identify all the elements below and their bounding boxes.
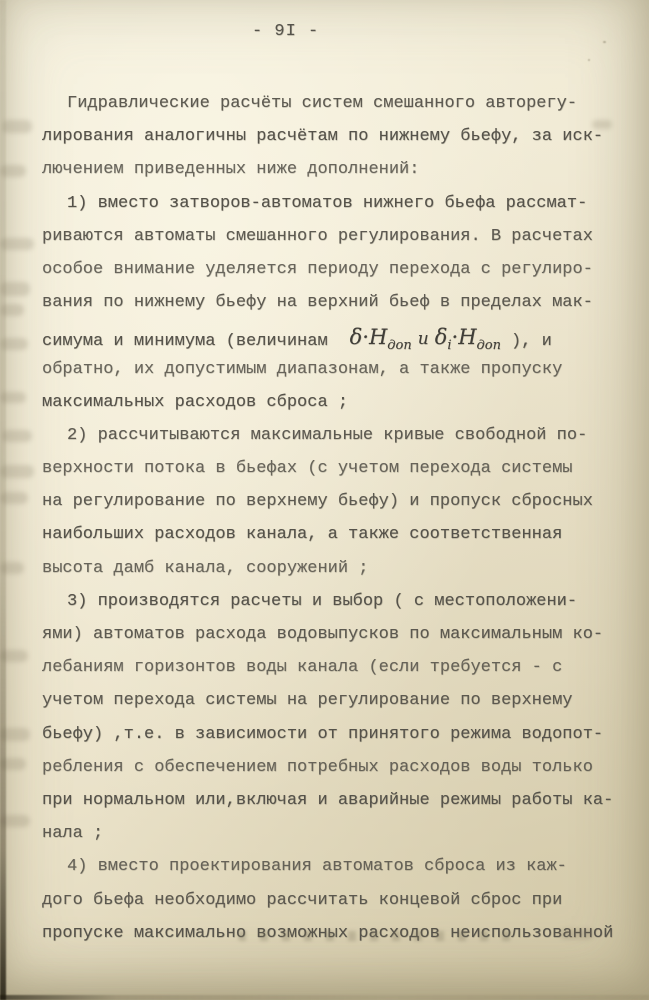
text-line: 2) рассчитываются максимальные кривые св… — [42, 426, 622, 459]
text-line: дого бьефа необходимо рассчитать концево… — [42, 891, 622, 924]
text-line: Гидравлические расчёты систем смешанного… — [42, 94, 622, 127]
text-line: лючением приведенных ниже дополнений: — [42, 160, 622, 193]
text-line: учетом перехода системы на регулирование… — [42, 691, 622, 724]
formula-line-suffix: ), и — [511, 332, 552, 351]
document-text: Гидравлические расчёты систем смешанного… — [42, 94, 622, 957]
text-line: лебаниям горизонтов воды канала (если тр… — [42, 658, 622, 691]
text-line: особое внимание уделяется периоду перехо… — [42, 260, 622, 293]
handwritten-formula-delta-h-dop: δ·Hдопиδi·Hдоп — [350, 325, 501, 349]
text-line: обратно, их допустимым диапазонам, а так… — [42, 360, 622, 393]
text-line: максимальных расходов сброса ; — [42, 393, 622, 426]
paper-speck — [603, 41, 606, 43]
text-line: высота дамб канала, сооружений ; — [42, 559, 622, 592]
text-line: верхности потока в бьефах (с учетом пере… — [42, 459, 622, 492]
text-line: риваются автоматы смешанного регулирован… — [42, 227, 622, 260]
text-line: лирования аналогичны расчётам по нижнему… — [42, 127, 622, 160]
page-edge-shadow-bottom — [0, 995, 649, 1000]
text-line: ребления с обеспечением потребных расход… — [42, 758, 622, 791]
page-number: - 9I - — [252, 22, 319, 41]
page-edge-shadow-left — [0, 0, 6, 1000]
scanned-page: - 9I - Гидравлические расчёты систем сме… — [0, 0, 649, 1000]
bleedthrough-mark — [2, 120, 32, 133]
bleedthrough-ghost-line — [238, 931, 523, 941]
text-line: 1) вместо затворов-автоматов нижнего бье… — [42, 194, 622, 227]
bleedthrough-mark — [560, 929, 594, 939]
formula-line-prefix: симума и минимума (величинам — [42, 332, 328, 351]
text-line: на регулирование по верхнему бьефу) и пр… — [42, 492, 622, 525]
text-line: нала ; — [42, 824, 622, 857]
text-line: наибольших расходов канала, а также соот… — [42, 525, 622, 558]
bleedthrough-mark — [592, 120, 612, 129]
text-line: 4) вместо проектирования автоматов сброс… — [42, 857, 622, 890]
bleedthrough-mark — [2, 430, 32, 442]
paper-speck — [588, 59, 590, 61]
paper-speck — [200, 470, 202, 472]
text-line: при нормальном или,включая и аварийные р… — [42, 791, 622, 824]
text-line: бьефу) ,т.е. в зависимости от принятого … — [42, 725, 622, 758]
text-line: ями) автоматов расхода водовыпусков по м… — [42, 625, 622, 658]
text-line: 3) производятся расчеты и выбор ( с мест… — [42, 592, 622, 625]
text-line: вания по нижнему бьефу на верхний бьеф в… — [42, 293, 622, 326]
text-line-with-formula: симума и минимума (величинамδ·Hдопиδi·Hд… — [42, 326, 622, 359]
